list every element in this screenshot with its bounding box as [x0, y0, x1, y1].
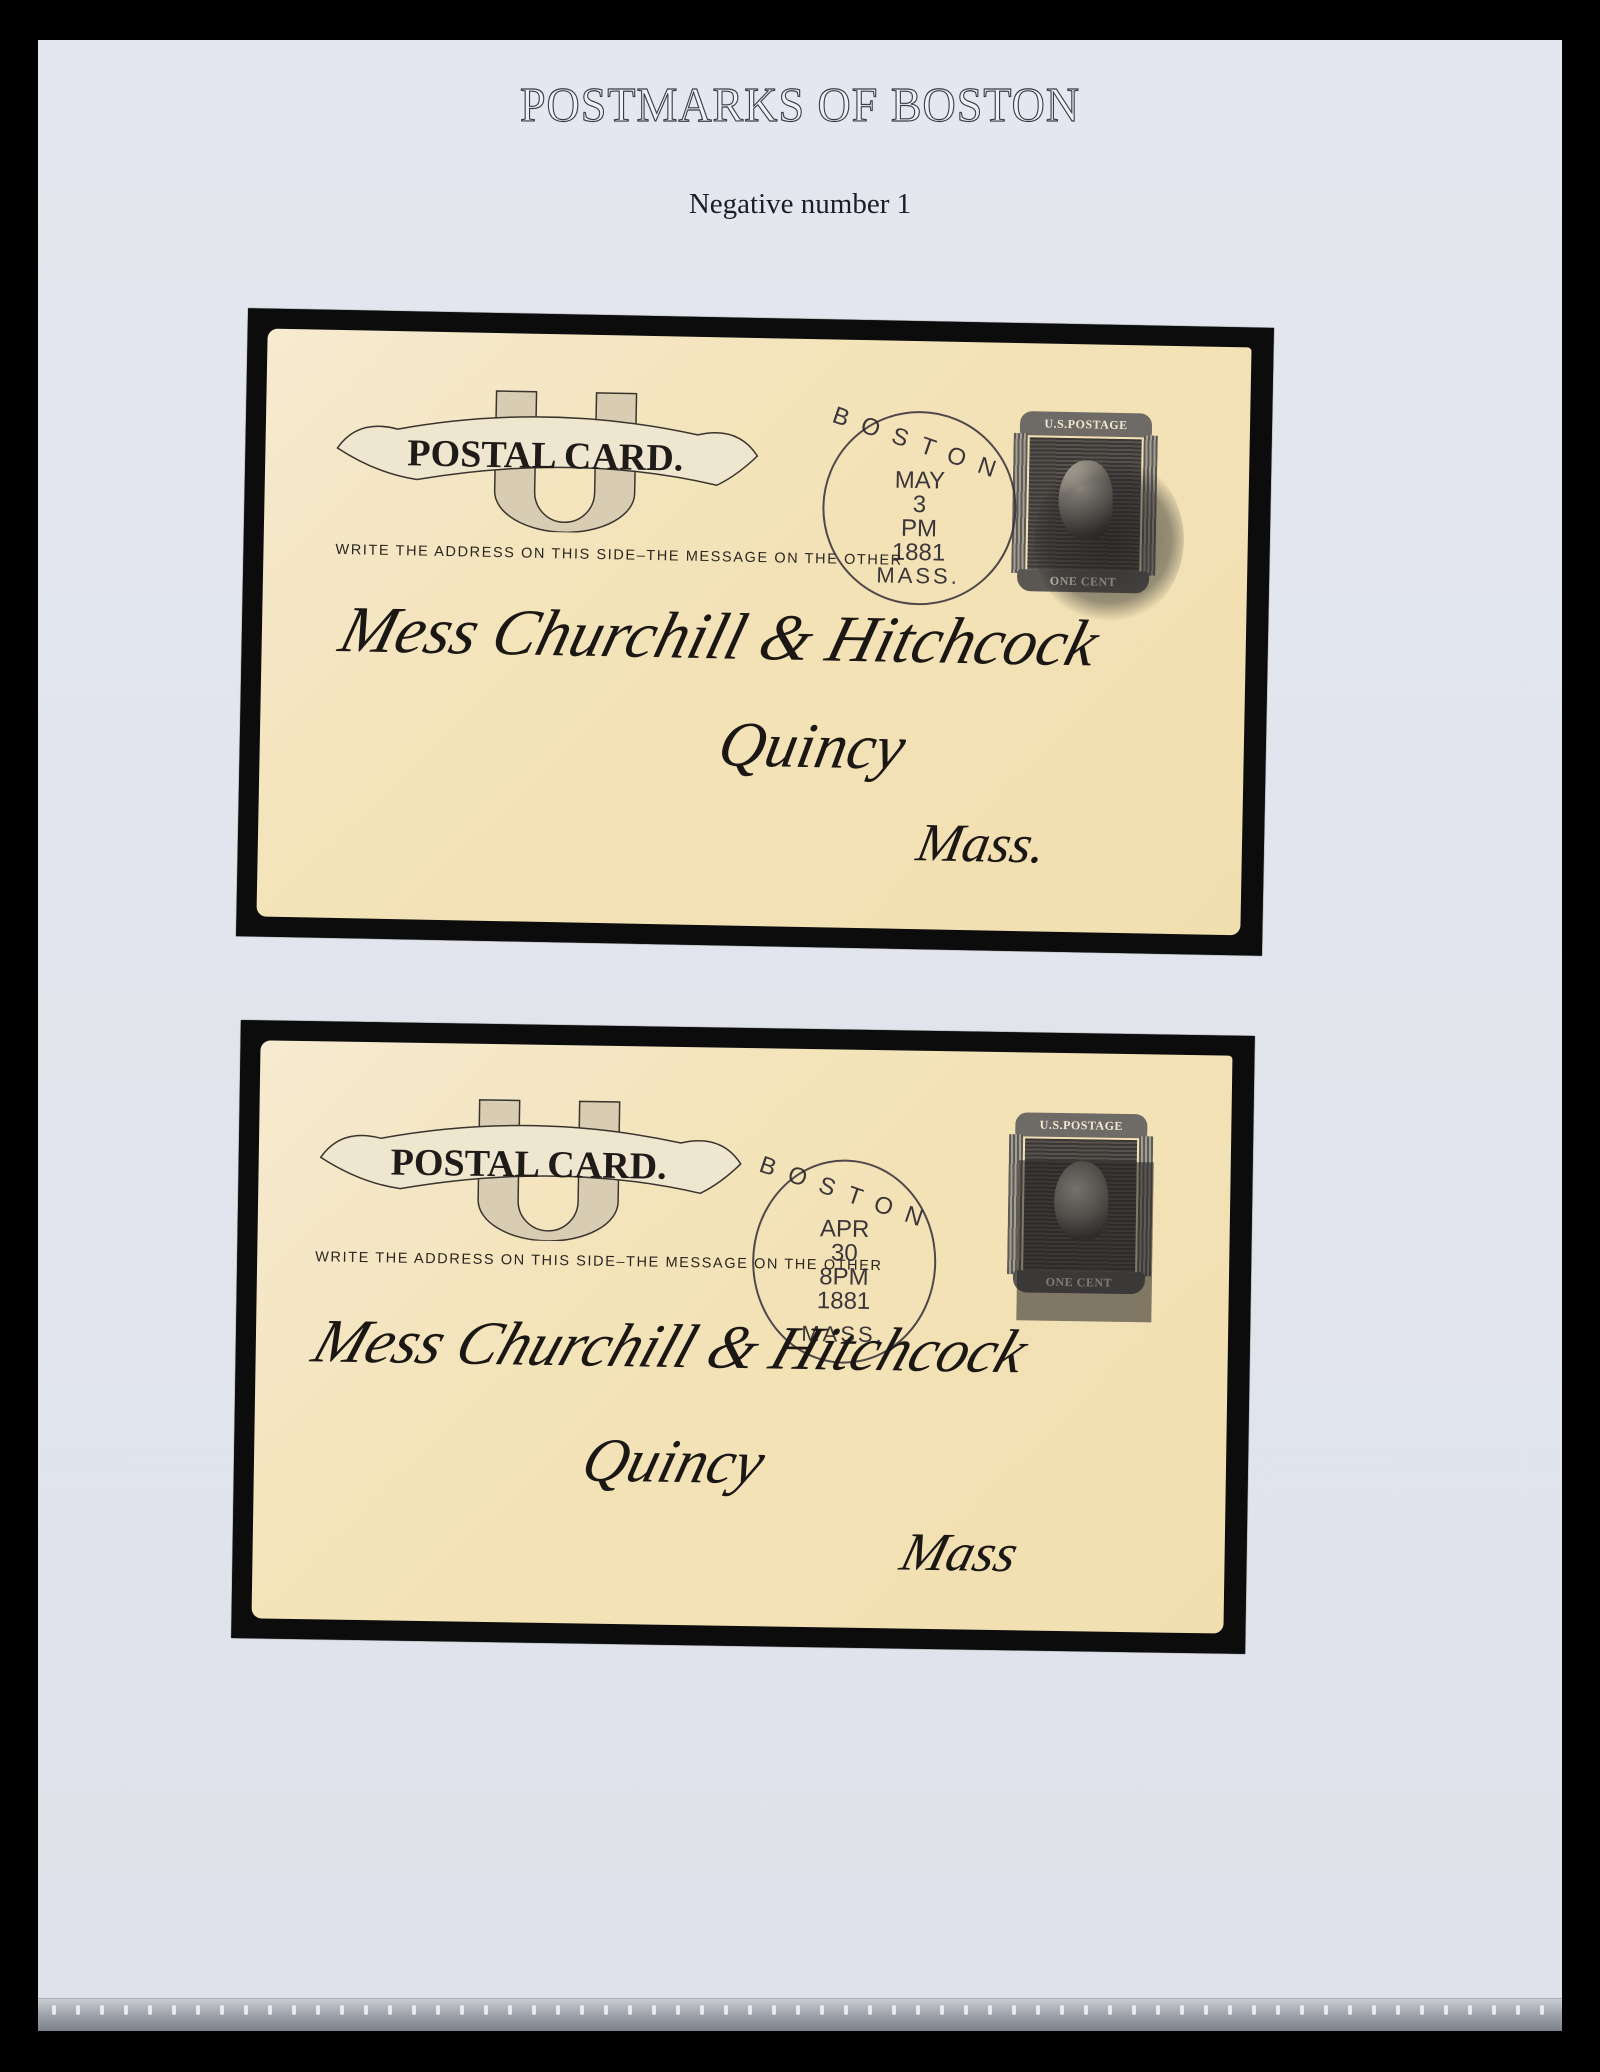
address-line-3: Mass: [894, 1521, 1024, 1585]
binder-hole: [844, 2005, 848, 2015]
binder-hole: [892, 2005, 896, 2015]
binder-hole: [1516, 2005, 1520, 2015]
binder-hole: [148, 2005, 152, 2015]
binder-hole: [1252, 2005, 1256, 2015]
binder-hole: [1060, 2005, 1064, 2015]
postal-card-logo-icon: POSTAL CARD.: [324, 378, 767, 536]
stamp-top-label: U.S.POSTAGE: [1020, 411, 1152, 438]
postal-card-logo-icon: POSTAL CARD.: [308, 1087, 750, 1244]
binder-hole: [724, 2005, 728, 2015]
binder-hole: [1132, 2005, 1136, 2015]
binder-hole: [868, 2005, 872, 2015]
page-subtitle: Negative number 1: [38, 188, 1562, 221]
binder-hole: [1348, 2005, 1352, 2015]
svg-text:POSTAL CARD.: POSTAL CARD.: [390, 1141, 667, 1187]
binder-hole: [772, 2005, 776, 2015]
cancel-blot: [1016, 1160, 1153, 1322]
binder-hole: [700, 2005, 704, 2015]
address-line-2: Quincy: [575, 1426, 773, 1500]
binder-hole: [652, 2005, 656, 2015]
binder-hole: [1204, 2005, 1208, 2015]
postal-card-1: POSTAL CARD. WRITE THE ADDRESS ON THIS S…: [256, 329, 1251, 936]
stamp-1: U.S.POSTAGE ONE CENT: [1002, 403, 1166, 616]
binder-hole: [484, 2005, 488, 2015]
binder-hole: [1300, 2005, 1304, 2015]
binder-hole: [244, 2005, 248, 2015]
binder-hole: [1444, 2005, 1448, 2015]
binder-hole: [916, 2005, 920, 2015]
binder-hole: [964, 2005, 968, 2015]
address-line-1: Mess Churchill & Hitchcock: [304, 1306, 1037, 1388]
binder-hole: [1012, 2005, 1016, 2015]
cancel-blot: [1032, 453, 1185, 626]
binder-hole: [316, 2005, 320, 2015]
svg-text:POSTAL CARD.: POSTAL CARD.: [407, 432, 684, 479]
binder-hole: [1396, 2005, 1400, 2015]
address-line-1: Mess Churchill & Hitchcock: [332, 592, 1107, 682]
binder-hole: [1372, 2005, 1376, 2015]
binder-hole: [1420, 2005, 1424, 2015]
binder-hole: [412, 2005, 416, 2015]
binder-hole: [76, 2005, 80, 2015]
address-line-3: Mass.: [912, 811, 1052, 875]
binder-hole: [1084, 2005, 1088, 2015]
binder-hole: [292, 2005, 296, 2015]
binder-hole: [1228, 2005, 1232, 2015]
binder-hole: [268, 2005, 272, 2015]
binder-hole: [556, 2005, 560, 2015]
binder-hole: [172, 2005, 176, 2015]
binder-hole: [1156, 2005, 1160, 2015]
binder-hole: [508, 2005, 512, 2015]
page-title: POSTMARKS OF BOSTON: [38, 77, 1562, 133]
binder-hole: [748, 2005, 752, 2015]
binder-hole: [676, 2005, 680, 2015]
binder-hole: [364, 2005, 368, 2015]
binder-hole: [1468, 2005, 1472, 2015]
binder-strip: [38, 1998, 1562, 2031]
binder-hole: [580, 2005, 584, 2015]
stamp-2: U.S.POSTAGE ONE CENT: [998, 1104, 1161, 1316]
binder-hole: [100, 2005, 104, 2015]
postal-card-2: POSTAL CARD. WRITE THE ADDRESS ON THIS S…: [252, 1040, 1233, 1633]
binder-hole: [1180, 2005, 1184, 2015]
binder-hole: [436, 2005, 440, 2015]
postmark-1: BOSTON MAY 3 PM 1881 MASS.: [821, 409, 1019, 607]
stamp-top-label: U.S.POSTAGE: [1015, 1112, 1147, 1138]
binder-hole: [196, 2005, 200, 2015]
binder-hole: [1324, 2005, 1328, 2015]
binder-hole: [1540, 2005, 1544, 2015]
card-mount-2: POSTAL CARD. WRITE THE ADDRESS ON THIS S…: [231, 1020, 1255, 1654]
binder-hole: [340, 2005, 344, 2015]
binder-hole: [52, 2005, 56, 2015]
binder-hole: [940, 2005, 944, 2015]
binder-hole: [532, 2005, 536, 2015]
postmark-year: 1881: [753, 1288, 933, 1315]
address-instruction: WRITE THE ADDRESS ON THIS SIDE–THE MESSA…: [335, 542, 903, 569]
address-line-2: Quincy: [713, 707, 912, 784]
binder-hole: [220, 2005, 224, 2015]
binder-hole: [796, 2005, 800, 2015]
binder-hole: [388, 2005, 392, 2015]
binder-hole: [628, 2005, 632, 2015]
binder-hole: [1108, 2005, 1112, 2015]
binder-hole: [1492, 2005, 1496, 2015]
binder-hole: [1276, 2005, 1280, 2015]
binder-hole: [988, 2005, 992, 2015]
postmark-state: MASS.: [823, 561, 1013, 591]
binder-hole: [820, 2005, 824, 2015]
binder-hole: [460, 2005, 464, 2015]
card-mount-1: POSTAL CARD. WRITE THE ADDRESS ON THIS S…: [236, 308, 1274, 956]
binder-hole: [1036, 2005, 1040, 2015]
binder-hole: [124, 2005, 128, 2015]
binder-hole: [604, 2005, 608, 2015]
